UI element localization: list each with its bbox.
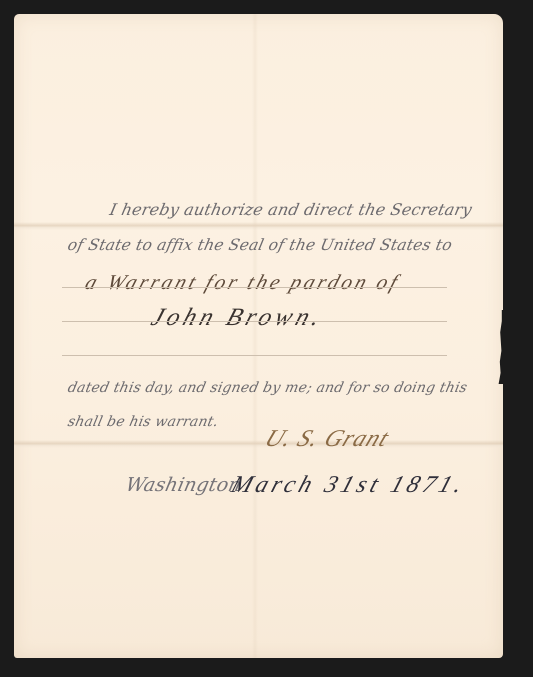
fold-line-lower	[14, 440, 503, 448]
place-label: Washington	[124, 474, 244, 496]
closing-line-2: shall be his warrant.	[66, 414, 220, 430]
fold-line-vertical	[252, 14, 258, 658]
presidential-signature: U. S. Grant	[261, 426, 394, 453]
handwritten-purpose: a Warrant for the pardon of	[82, 270, 404, 295]
document-paper: I hereby authorize and direct the Secret…	[14, 14, 503, 658]
ruled-line-1	[62, 287, 447, 288]
ruled-line-2	[62, 321, 447, 322]
fold-line-upper	[14, 222, 503, 230]
printed-line-2: of State to affix the Seal of the United…	[66, 236, 454, 254]
scan-background: I hereby authorize and direct the Secret…	[0, 0, 533, 677]
torn-edge	[497, 310, 505, 384]
printed-line-1: I hereby authorize and direct the Secret…	[108, 200, 474, 219]
signing-date: March 31st 1871.	[228, 472, 470, 499]
ruled-line-3	[62, 355, 447, 356]
pardon-recipient-name: John Brown.	[147, 304, 327, 332]
closing-line-1: dated this day, and signed by me; and fo…	[66, 380, 468, 396]
